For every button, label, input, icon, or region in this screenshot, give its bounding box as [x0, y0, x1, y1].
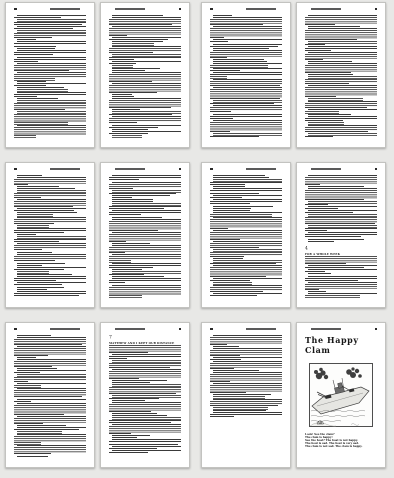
- page-header: [305, 327, 377, 330]
- running-head-smudge: [50, 168, 80, 170]
- page-number-smudge: [14, 8, 17, 10]
- page-body: [210, 175, 282, 298]
- page-header: [14, 7, 86, 10]
- greeked-text-lines: [109, 100, 181, 107]
- greeked-text-lines: [109, 221, 181, 230]
- running-head-smudge: [246, 8, 276, 10]
- page-header: [305, 167, 377, 170]
- page-number-smudge: [210, 328, 213, 330]
- page-header: [109, 327, 181, 330]
- book-page-thumbnail-page-09[interactable]: [5, 322, 95, 468]
- page-number-smudge: [375, 328, 378, 330]
- greeked-text-lines: [14, 447, 86, 454]
- page-header: [210, 167, 282, 170]
- section-number-text: 7: [109, 335, 112, 340]
- page-body: [305, 15, 377, 138]
- greeked-text-lines: [210, 385, 282, 392]
- pages-grid-view: 4FOR A WHOLE WEEK7MATTHEW AND I KEPT OUR…: [0, 0, 394, 478]
- greeked-text-lines: [109, 387, 181, 394]
- greeked-text-lines: [109, 28, 181, 35]
- page-body: [14, 335, 86, 458]
- page-number-smudge: [375, 168, 378, 170]
- book-page-thumbnail-page-10[interactable]: 7MATTHEW AND I KEPT OUR DISTANCE: [100, 322, 190, 468]
- book-page-thumbnail-page-07[interactable]: [201, 162, 291, 308]
- greeked-text-lines: [14, 436, 86, 443]
- running-head-smudge: [115, 168, 145, 170]
- greeked-text-lines: [210, 122, 282, 131]
- page-number-smudge: [179, 328, 182, 330]
- greeked-text-lines: [14, 295, 79, 297]
- book-page-thumbnail-page-01[interactable]: [5, 2, 95, 148]
- page-number-smudge: [210, 168, 213, 170]
- greeked-text-lines: [210, 374, 282, 381]
- greeked-text-lines: [109, 287, 181, 296]
- section-opening-caps: MATTHEW AND I KEPT OUR DISTANCE: [109, 342, 181, 345]
- book-page-thumbnail-page-11[interactable]: [201, 322, 291, 468]
- greeked-text-lines: [109, 426, 181, 433]
- page-header: [305, 7, 377, 10]
- greeked-text-lines: [210, 295, 257, 297]
- greeked-text-lines: [305, 217, 377, 224]
- page-header: [109, 7, 181, 10]
- greeked-text-lines: [109, 85, 181, 92]
- greeked-text-lines: [14, 127, 86, 136]
- page-header: [109, 167, 181, 170]
- greeked-text-lines: [210, 89, 282, 98]
- running-head-smudge: [311, 328, 341, 330]
- primer-reader-lines: Look! See the clam?The clam is happy!See…: [305, 433, 377, 450]
- greeked-text-lines: [112, 135, 142, 137]
- book-page-thumbnail-page-02[interactable]: [100, 2, 190, 148]
- greeked-text-lines: [14, 390, 86, 397]
- running-head-smudge: [50, 8, 80, 10]
- greeked-text-lines: [14, 135, 36, 137]
- greeked-text-lines: [305, 65, 377, 72]
- section-number: 4: [305, 246, 377, 251]
- greeked-text-lines: [305, 30, 377, 39]
- primer-line: The clam is not sad. The clam is happy.: [305, 445, 362, 448]
- page-header: [14, 167, 86, 170]
- page-header: [14, 327, 86, 330]
- greeked-text-lines: [305, 17, 377, 24]
- greeked-text-lines: [210, 416, 234, 418]
- page-body: 4FOR A WHOLE WEEK: [305, 175, 377, 298]
- greeked-text-lines: [14, 405, 86, 414]
- running-head-smudge: [115, 8, 145, 10]
- book-page-thumbnail-page-04[interactable]: [296, 2, 386, 148]
- running-head-smudge: [246, 328, 276, 330]
- running-head-smudge: [50, 328, 80, 330]
- page-body: 7MATTHEW AND I KEPT OUR DISTANCE: [109, 335, 181, 455]
- page-number-smudge: [375, 8, 378, 10]
- page-number-smudge: [210, 8, 213, 10]
- section-opening-caps: FOR A WHOLE WEEK: [305, 253, 377, 256]
- greeked-text-lines: [305, 190, 377, 199]
- greeked-text-lines: [109, 404, 181, 411]
- chapter-title: The Happy Clam: [305, 335, 377, 355]
- page-body: [109, 15, 181, 138]
- greeked-text-lines: [109, 295, 142, 297]
- battleship-sketch-illustration: [309, 363, 373, 427]
- greeked-text-lines: [210, 28, 282, 37]
- greeked-text-lines: [210, 136, 259, 138]
- greeked-text-lines: [109, 74, 181, 81]
- greeked-text-lines: [109, 371, 181, 378]
- page-body: [14, 175, 86, 298]
- greeked-text-lines: [109, 345, 181, 352]
- greeked-text-lines: [210, 337, 282, 344]
- page-body: [109, 175, 181, 298]
- page-number-smudge: [14, 328, 17, 330]
- page-body: [210, 15, 282, 138]
- running-head-smudge: [311, 8, 341, 10]
- section-number-text: 4: [305, 246, 308, 251]
- running-head-smudge: [311, 168, 341, 170]
- page-header: [210, 327, 282, 330]
- section-opening-caps-text: FOR A WHOLE WEEK: [305, 253, 340, 256]
- greeked-text-lines: [305, 256, 377, 263]
- greeked-text-lines: [210, 267, 282, 276]
- book-page-thumbnail-page-06[interactable]: [100, 162, 190, 308]
- greeked-text-lines: [308, 241, 334, 243]
- greeked-text-lines: [210, 232, 282, 239]
- page-body: [14, 15, 86, 138]
- greeked-text-lines: [305, 295, 360, 297]
- page-header: [210, 7, 282, 10]
- book-page-thumbnail-page-12[interactable]: The Happy Clam: [296, 322, 386, 468]
- book-page-thumbnail-page-05[interactable]: [5, 162, 95, 308]
- greeked-text-lines: [14, 114, 86, 123]
- running-head-smudge: [246, 168, 276, 170]
- book-page-thumbnail-page-03[interactable]: [201, 2, 291, 148]
- page-number-smudge: [179, 8, 182, 10]
- greeked-text-lines: [305, 177, 377, 184]
- section-number: 7: [109, 335, 181, 340]
- page-number-smudge: [14, 168, 17, 170]
- greeked-text-lines: [109, 452, 148, 454]
- book-page-thumbnail-page-08[interactable]: 4FOR A WHOLE WEEK: [296, 162, 386, 308]
- greeked-text-lines: [210, 219, 282, 228]
- running-head-smudge: [115, 328, 145, 330]
- greeked-text-lines: [17, 456, 49, 458]
- page-body: The Happy Clam: [305, 335, 377, 450]
- page-number-smudge: [179, 168, 182, 170]
- greeked-text-lines: [14, 103, 86, 110]
- greeked-text-lines: [305, 87, 377, 96]
- greeked-text-lines: [109, 234, 181, 241]
- page-body: [210, 335, 282, 418]
- section-opening-caps-text: MATTHEW AND I KEPT OUR DISTANCE: [109, 342, 174, 345]
- greeked-text-lines: [305, 136, 333, 138]
- greeked-text-lines: [14, 348, 86, 355]
